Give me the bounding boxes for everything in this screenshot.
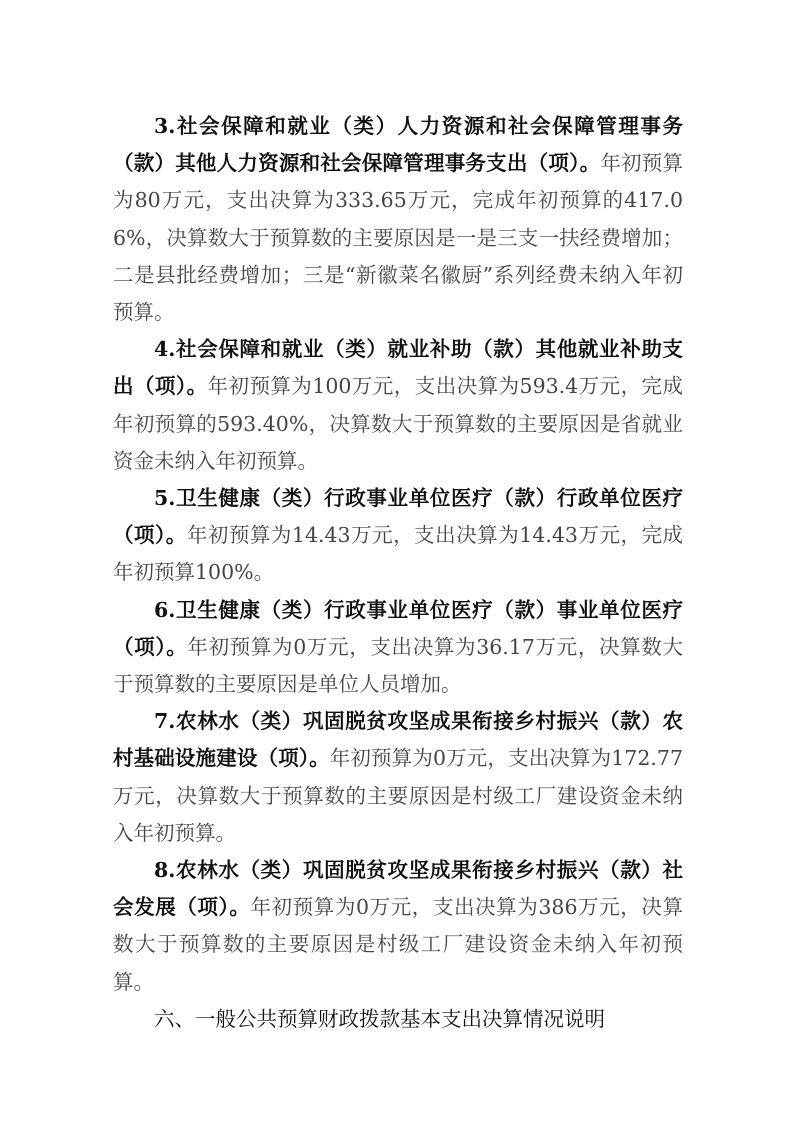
paragraph-body: 年初预算为80万元，支出决算为333.65万元，完成年初预算的417.06%，决… [113,151,683,324]
paragraph-item-4: 4.社会保障和就业（类）就业补助（款）其他就业补助支出（项）。年初预算为100万… [113,331,683,480]
paragraph-item-3: 3.社会保障和就业（类）人力资源和社会保障管理事务（款）其他人力资源和社会保障管… [113,108,683,331]
paragraph-item-8: 8.农林水（类）巩固脱贫攻坚成果衔接乡村振兴（款）社会发展（项）。年初预算为0万… [113,852,683,1001]
paragraph-item-6: 6.卫生健康（类）行政事业单位医疗（款）事业单位医疗（项）。年初预算为0万元，支… [113,592,683,704]
paragraph-body: 年初预算为14.43万元，支出决算为14.43万元，完成年初预算100%。 [113,523,683,584]
paragraph-lead: 3.社会保障和就业（类）人力资源和社会保障管理事务（款）其他人力资源和社会保障管… [113,114,683,175]
document-page: 3.社会保障和就业（类）人力资源和社会保障管理事务（款）其他人力资源和社会保障管… [113,108,683,1038]
section-heading: 六、一般公共预算财政拨款基本支出决算情况说明 [113,1001,683,1038]
paragraph-item-7: 7.农林水（类）巩固脱贫攻坚成果衔接乡村振兴（款）农村基础设施建设（项）。年初预… [113,703,683,852]
paragraph-item-5: 5.卫生健康（类）行政事业单位医疗（款）行政单位医疗（项）。年初预算为14.43… [113,480,683,592]
paragraph-body: 年初预算为0万元，支出决算为36.17万元，决算数大于预算数的主要原因是单位人员… [113,635,683,696]
